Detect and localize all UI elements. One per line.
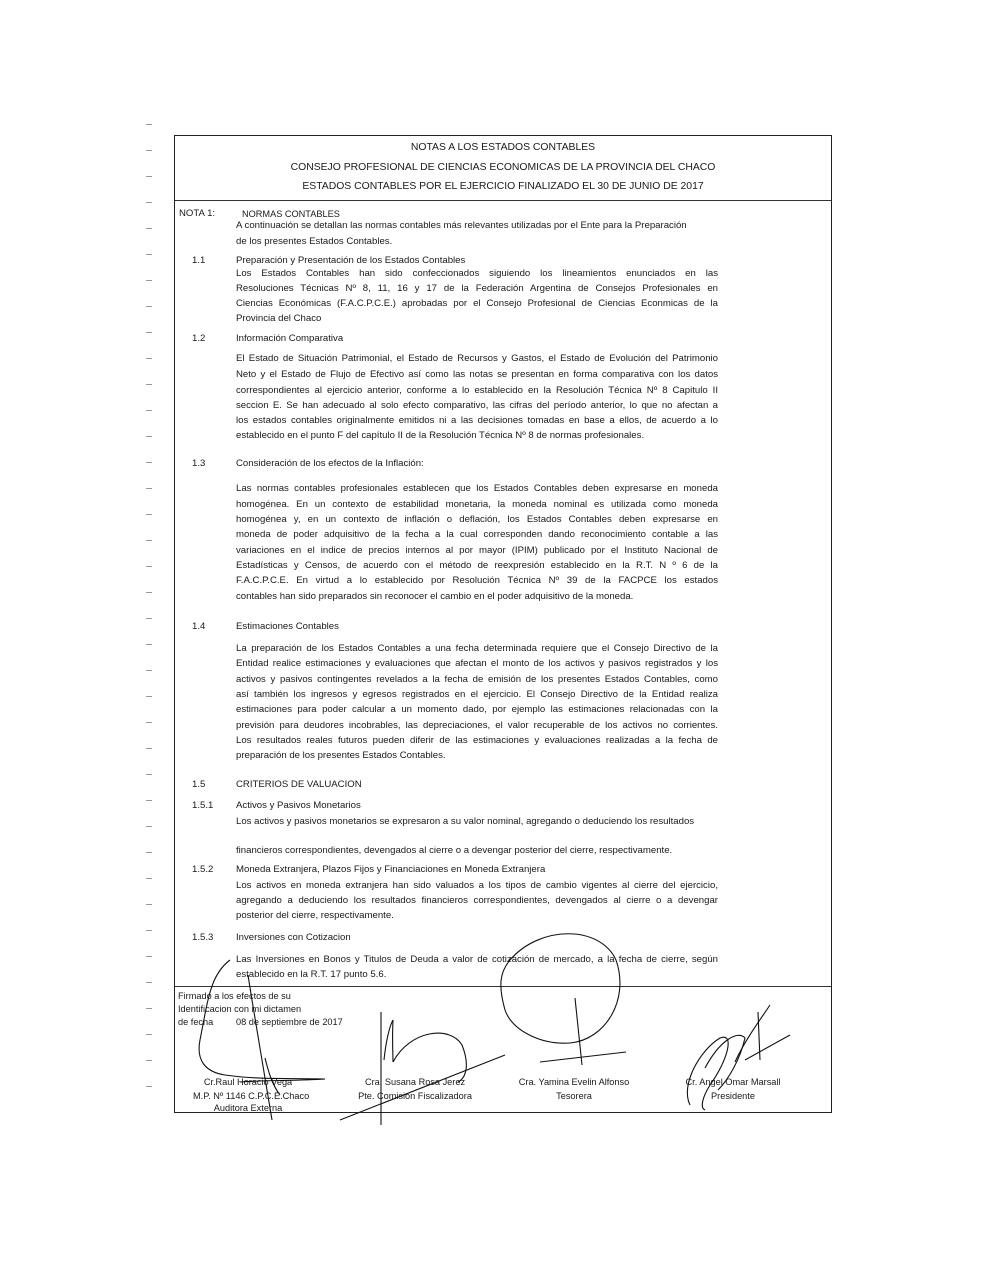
margin-tick <box>146 930 152 931</box>
section-line: los estados contables originalmente emit… <box>236 415 718 427</box>
section-line: agregando a deduciendo los resultados fi… <box>236 895 718 907</box>
signature-footer: Firmado a los efectos de su Identificaci… <box>175 986 831 1112</box>
margin-tick <box>146 488 152 489</box>
section-line: Entidad realice estimaciones y evaluacio… <box>236 658 718 670</box>
margin-tick <box>146 150 152 151</box>
section-title: Activos y Pasivos Monetarios <box>236 800 361 812</box>
section-line: previsión para deudores incobrables, las… <box>236 720 718 732</box>
section-line: preparación de los presentes Estados Con… <box>236 750 446 762</box>
section-number: 1.3 <box>192 458 205 470</box>
margin-tick <box>146 956 152 957</box>
margin-tick <box>146 1034 152 1035</box>
section-line: Resoluciones Técnicas Nº 8, 11, 16 y 17 … <box>236 283 718 295</box>
section-title: Información Comparativa <box>236 333 343 345</box>
section-line: contables han sido preparados sin recono… <box>236 591 633 603</box>
margin-tick <box>146 852 152 853</box>
margin-tick <box>146 1060 152 1061</box>
section-line: establecido en la R.T. 17 punto 5.6. <box>236 969 386 981</box>
section-line: moneda de poder adquisitivo de la fecha … <box>236 529 718 541</box>
margin-tick <box>146 1086 152 1087</box>
section-line: establecido en el punto F del capítulo I… <box>236 430 644 442</box>
margin-tick <box>146 1008 152 1009</box>
margin-tick <box>146 644 152 645</box>
section-line: Las Inversiones en Bonos y Titulos de De… <box>236 954 718 966</box>
margin-tick <box>146 696 152 697</box>
signatory-name: Cra. Susana Rosa Jerez <box>351 1075 479 1089</box>
date-label: de fecha <box>178 1016 213 1028</box>
section-line: Neto y el Estado de Flujo de Efectivo as… <box>236 369 718 381</box>
certification-line: Firmado a los efectos de su <box>178 990 291 1002</box>
note-title: NORMAS CONTABLES <box>242 208 340 220</box>
margin-tick <box>146 592 152 593</box>
section-number: 1.5.1 <box>192 800 213 812</box>
note-intro-line: A continuación se detallan las normas co… <box>236 220 687 232</box>
margin-tick <box>146 800 152 801</box>
margin-tick <box>146 774 152 775</box>
date-value: 08 de septiembre de 2017 <box>236 1016 343 1028</box>
margin-tick <box>146 306 152 307</box>
margin-tick <box>146 358 152 359</box>
signatory-tesorera: Cra. Yamina Evelin Alfonso Tesorera <box>509 1075 639 1103</box>
section-line: estimaciones para poder calcular a un mo… <box>236 704 718 716</box>
signatory-name: Cr.Raul Horacio Vega <box>193 1075 303 1089</box>
document-header: NOTAS A LOS ESTADOS CONTABLES CONSEJO PR… <box>175 136 831 201</box>
section-line: Los resultados reales futuros pueden dif… <box>236 735 718 747</box>
section-line: financieros correspondientes, devengados… <box>236 845 672 857</box>
margin-tick <box>146 748 152 749</box>
margin-tick <box>146 462 152 463</box>
margin-tick <box>146 566 152 567</box>
section-title: CRITERIOS DE VALUACION <box>236 779 362 791</box>
section-title: Consideración de los efectos de la Infla… <box>236 458 424 470</box>
signatory-role: Pte. Comision Fiscalizadora <box>351 1089 479 1103</box>
margin-tick <box>146 384 152 385</box>
signatory-role: M.P. Nº 1146 C.P.C.E.Chaco <box>193 1089 303 1103</box>
note-intro-line: de los presentes Estados Contables. <box>236 236 392 248</box>
margin-tick <box>146 254 152 255</box>
certification-line: Identificacion con mi dictamen <box>178 1003 301 1015</box>
section-number: 1.5 <box>192 779 205 791</box>
margin-tick <box>146 228 152 229</box>
signatory-name: Cr. Angel Omar Marsall <box>671 1075 795 1089</box>
section-number: 1.5.2 <box>192 864 213 876</box>
section-line: así también los ingresos y egresos regis… <box>236 689 718 701</box>
section-title: Preparación y Presentación de los Estado… <box>236 255 465 267</box>
document-title: NOTAS A LOS ESTADOS CONTABLES <box>175 142 831 153</box>
section-line: homogénea. En un contexto de estabilidad… <box>236 499 718 511</box>
margin-tick <box>146 982 152 983</box>
margin-tick <box>146 540 152 541</box>
margin-tick <box>146 202 152 203</box>
entity-name: CONSEJO PROFESIONAL DE CIENCIAS ECONOMIC… <box>175 162 831 173</box>
margin-tick <box>146 618 152 619</box>
document-frame: NOTAS A LOS ESTADOS CONTABLES CONSEJO PR… <box>174 135 832 1113</box>
margin-tick <box>146 332 152 333</box>
margin-tick <box>146 722 152 723</box>
section-number: 1.5.3 <box>192 932 213 944</box>
margin-tick <box>146 124 152 125</box>
period-statement: ESTADOS CONTABLES POR EL EJERCICIO FINAL… <box>175 181 831 192</box>
section-line: La preparación de los Estados Contables … <box>236 643 718 655</box>
section-number: 1.4 <box>192 621 205 633</box>
section-line: seccion E. Se han adecuado al solo efect… <box>236 400 718 412</box>
signatory-fiscalizadora: Cra. Susana Rosa Jerez Pte. Comision Fis… <box>351 1075 479 1103</box>
section-line: F.A.C.P.C.E. En virtud a lo establecido … <box>236 575 718 587</box>
signatory-role: Auditora Externa <box>193 1103 303 1114</box>
section-line: homogénea y, en un contexto de inflación… <box>236 514 718 526</box>
section-line: posterior del cierre, respectivamente. <box>236 910 394 922</box>
section-title: Estimaciones Contables <box>236 621 339 633</box>
section-title: Inversiones con Cotizacion <box>236 932 351 944</box>
signatory-auditor: Cr.Raul Horacio Vega M.P. Nº 1146 C.P.C.… <box>193 1075 303 1114</box>
section-number: 1.2 <box>192 333 205 345</box>
margin-tick <box>146 670 152 671</box>
margin-tick <box>146 436 152 437</box>
margin-tick <box>146 904 152 905</box>
section-number: 1.1 <box>192 255 205 267</box>
section-line: Las normas contables profesionales estab… <box>236 483 718 495</box>
signatory-role: Tesorera <box>509 1089 639 1103</box>
section-line: Estadísticas y Censos, de acuerdo con el… <box>236 560 718 572</box>
section-title: Moneda Extranjera, Plazos Fijos y Financ… <box>236 864 545 876</box>
section-line: Los Estados Contables han sido confeccio… <box>236 268 718 280</box>
margin-tick <box>146 410 152 411</box>
section-line: Provincia del Chaco <box>236 313 321 325</box>
margin-tick <box>146 176 152 177</box>
margin-tick <box>146 280 152 281</box>
signatory-role: Presidente <box>671 1089 795 1103</box>
signatory-name: Cra. Yamina Evelin Alfonso <box>509 1075 639 1089</box>
margin-tick <box>146 826 152 827</box>
section-line: Los activos y pasivos monetarios se expr… <box>236 816 694 828</box>
section-line: Ciencias Económicas (F.A.C.P.C.E.) aprob… <box>236 298 718 310</box>
section-line: activos y pasivos contingentes revelados… <box>236 674 718 686</box>
signatory-presidente: Cr. Angel Omar Marsall Presidente <box>671 1075 795 1103</box>
note-label: NOTA 1: <box>179 208 215 220</box>
section-line: variaciones en el indice de precios inte… <box>236 545 718 557</box>
section-line: correspondientes al ejercicio anterior, … <box>236 385 718 397</box>
section-line: El Estado de Situación Patrimonial, el E… <box>236 353 718 365</box>
margin-tick <box>146 878 152 879</box>
margin-tick <box>146 514 152 515</box>
section-line: Los activos en moneda extranjera han sid… <box>236 880 718 892</box>
